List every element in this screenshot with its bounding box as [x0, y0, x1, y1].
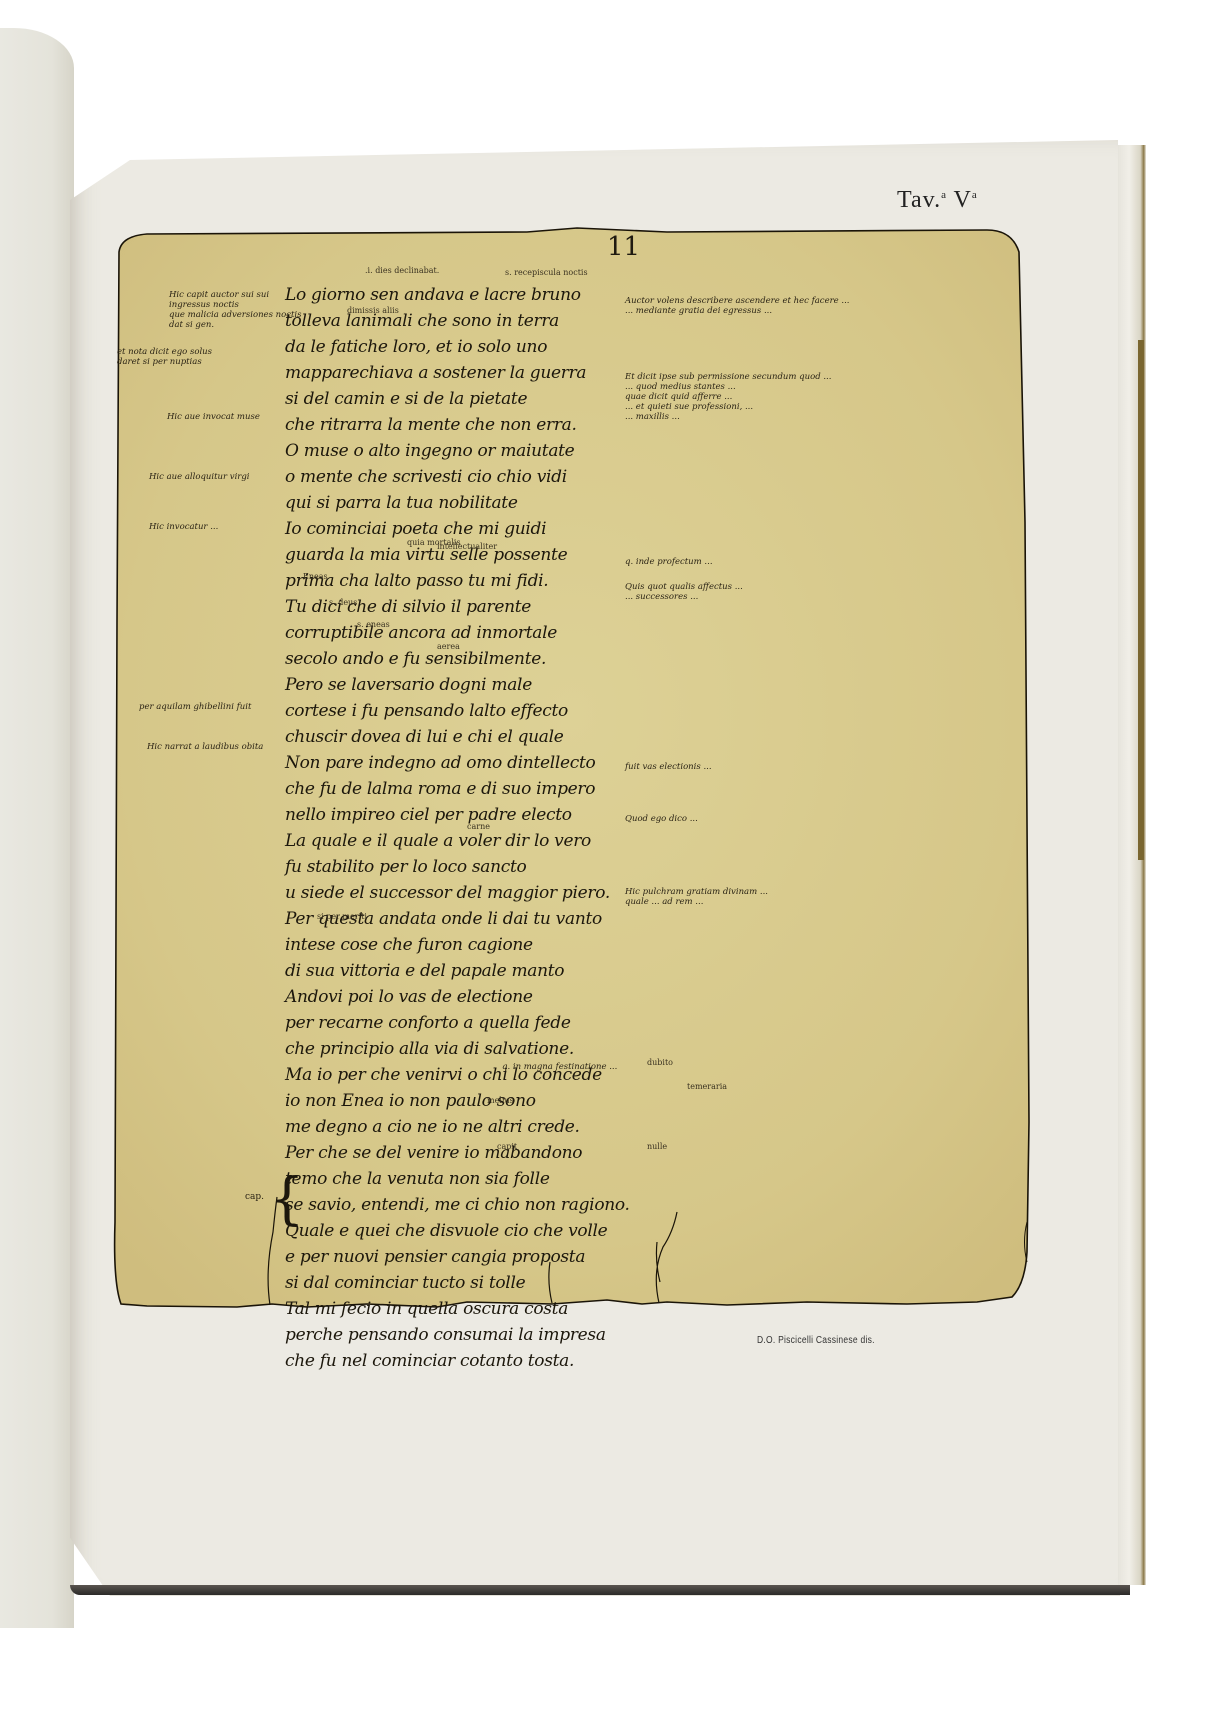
verse-line: cortese i fu pensando lalto effecto [285, 698, 705, 724]
right-gloss: fuit vas electionis ... [625, 762, 895, 772]
right-gloss: Hic pulchram gratiam divinam ... quale .… [625, 887, 895, 907]
gloss-line: ... maxillis ... [625, 412, 895, 422]
interlinear-gloss: melius [487, 1096, 514, 1105]
verse-line: o mente che scrivesti cio chio vidi [285, 464, 705, 490]
gloss-line: Hic aue invocat muse [167, 412, 307, 422]
interlinear-gloss: aerea [437, 642, 460, 651]
verse-line: La quale e il quale a voler dir lo vero [285, 828, 705, 854]
verse-line: che fu de lalma roma e di suo impero [285, 776, 705, 802]
plate-number: V [954, 187, 972, 213]
left-gloss: Hic capit auctor sui sui ingressus nocti… [169, 290, 309, 330]
right-gloss: Quis quot qualis affectus ... ... succes… [625, 582, 895, 602]
verse-line: Per che se del venire io mabandono [285, 1140, 705, 1166]
verse-line: da le fatiche loro, et io solo uno [285, 334, 705, 360]
plate-label-prefix: Tav. [897, 187, 941, 213]
gilt-edge [1138, 340, 1144, 860]
gloss-line: Hic aue alloquitur virgi [149, 472, 289, 482]
left-gloss: Hic aue alloquitur virgi [149, 472, 289, 482]
gloss-line: dat si gen. [169, 320, 309, 330]
interlinear-gloss: temeraria [687, 1082, 727, 1091]
interlinear-gloss: dimissis aliis [347, 306, 399, 315]
gloss-line: Quis quot qualis affectus ... [625, 582, 895, 592]
right-gloss: Quod ego dico ... [625, 814, 895, 824]
gloss-line: quale ... ad rem ... [625, 897, 895, 907]
top-gloss: .i. dies declinabat. [365, 266, 439, 275]
gloss-line: Hic narrat a laudibus obita [147, 742, 287, 752]
verse-line: Tal mi fecio in quella oscura costa [285, 1296, 705, 1322]
gloss-line: ingressus noctis [169, 300, 309, 310]
manuscript-facsimile: 11 .i. dies declinabat. s. recepiscula n… [107, 222, 1047, 1310]
verse-line: me degno a cio ne io ne altri crede. [285, 1114, 705, 1140]
plate-label: Tav.a Va [897, 187, 978, 214]
interlinear-gloss: carne [467, 822, 490, 831]
interlinear-gloss: intellectualiter [437, 542, 497, 551]
interlinear-gloss: nulle [647, 1142, 667, 1151]
verse-line: si dal cominciar tucto si tolle [285, 1270, 705, 1296]
gloss-line: q. inde profectum ... [625, 557, 895, 567]
brace-mark: { [269, 1172, 305, 1228]
gloss-line: ... successores ... [625, 592, 895, 602]
gloss-line: et nota dicit ego solus [117, 347, 257, 357]
verse-line: Quale e quei che disvuole cio che volle [285, 1218, 705, 1244]
artist-credit: D.O. Piscicelli Cassinese dis. [757, 1335, 875, 1346]
gloss-line: Quod ego dico ... [625, 814, 895, 824]
interlinear-gloss: s. deus [329, 598, 357, 607]
verse-line: che principio alla via di salvatione. [285, 1036, 705, 1062]
left-gloss: per aquilam ghibellini fuit [139, 702, 279, 712]
gloss-line: Hic invocatur ... [149, 522, 289, 532]
left-gloss: Hic aue invocat muse [167, 412, 307, 422]
gloss-line: ... mediante gratia dei egressus ... [625, 306, 895, 316]
book-cover-edge [70, 1585, 1130, 1595]
verse-line: e per nuovi pensier cangia proposta [285, 1244, 705, 1270]
verse-line: O muse o alto ingegno or maiutate [285, 438, 705, 464]
plate-number-sup: a [972, 189, 978, 201]
gloss-line: daret si per nuptias [117, 357, 257, 367]
gloss-line: que malicia adversiones noctis [169, 310, 309, 320]
bottom-gloss: q. in magna festinatione ... [502, 1062, 617, 1072]
verse-line: che fu nel cominciar cotanto tosta. [285, 1348, 705, 1374]
gloss-line: Hic pulchram gratiam divinam ... [625, 887, 895, 897]
interlinear-gloss: dubito [647, 1058, 673, 1067]
left-gloss: et nota dicit ego solus daret si per nup… [117, 347, 257, 367]
gloss-line: Auctor volens describere ascendere et he… [625, 296, 895, 306]
plate-label-sup: a [941, 189, 947, 201]
right-gloss: q. inde profectum ... [625, 557, 895, 567]
verse-line: qui si parra la tua nobilitate [285, 490, 705, 516]
interlinear-gloss: capit [497, 1142, 517, 1151]
verse-line: chuscir dovea di lui e chi el quale [285, 724, 705, 750]
folio-number: 11 [607, 232, 640, 262]
gloss-line: Hic capit auctor sui sui [169, 290, 309, 300]
interlinear-gloss: s. eneas [357, 620, 390, 629]
interlinear-gloss: si per meriti [317, 912, 367, 921]
left-gloss: Hic narrat a laudibus obita [147, 742, 287, 752]
verse-line: Ma io per che venirvi o chi lo concede [285, 1062, 705, 1088]
verse-line: temo che la venuta non sia folle [285, 1166, 705, 1192]
verse-line: perche pensando consumai la impresa [285, 1322, 705, 1348]
gloss-line: ... et quieti sue professioni, ... [625, 402, 895, 412]
right-gloss: Et dicit ipse sub permissione secundum q… [625, 372, 895, 422]
gloss-line: Et dicit ipse sub permissione secundum q… [625, 372, 895, 382]
verse-line: Pero se laversario dogni male [285, 672, 705, 698]
left-page [0, 28, 74, 1628]
verse-line: di sua vittoria e del papale manto [285, 958, 705, 984]
gloss-line: fuit vas electionis ... [625, 762, 895, 772]
interlinear-gloss: Eneas [303, 572, 328, 581]
top-gloss: s. recepiscula noctis [505, 268, 588, 277]
gloss-line: ... quod medius stantes ... [625, 382, 895, 392]
verse-line: secolo ando e fu sensibilmente. [285, 646, 705, 672]
right-gloss: Auctor volens describere ascendere et he… [625, 296, 895, 316]
verse-line: corruptibile ancora ad inmortale [285, 620, 705, 646]
left-gloss: Hic invocatur ... [149, 522, 289, 532]
verse-line: se savio, entendi, me ci chio non ragion… [285, 1192, 705, 1218]
gloss-line: per aquilam ghibellini fuit [139, 702, 279, 712]
main-text-column: Lo giorno sen andava e lacre bruno tolle… [285, 282, 705, 1374]
verse-line: Andovi poi lo vas de electione [285, 984, 705, 1010]
cap-note: cap. [245, 1192, 264, 1202]
gloss-line: quae dicit quid afferre ... [625, 392, 895, 402]
verse-line: fu stabilito per lo loco sancto [285, 854, 705, 880]
verse-line: per recarne conforto a quella fede [285, 1010, 705, 1036]
verse-line: Io cominciai poeta che mi guidi [285, 516, 705, 542]
verse-line: intese cose che furon cagione [285, 932, 705, 958]
